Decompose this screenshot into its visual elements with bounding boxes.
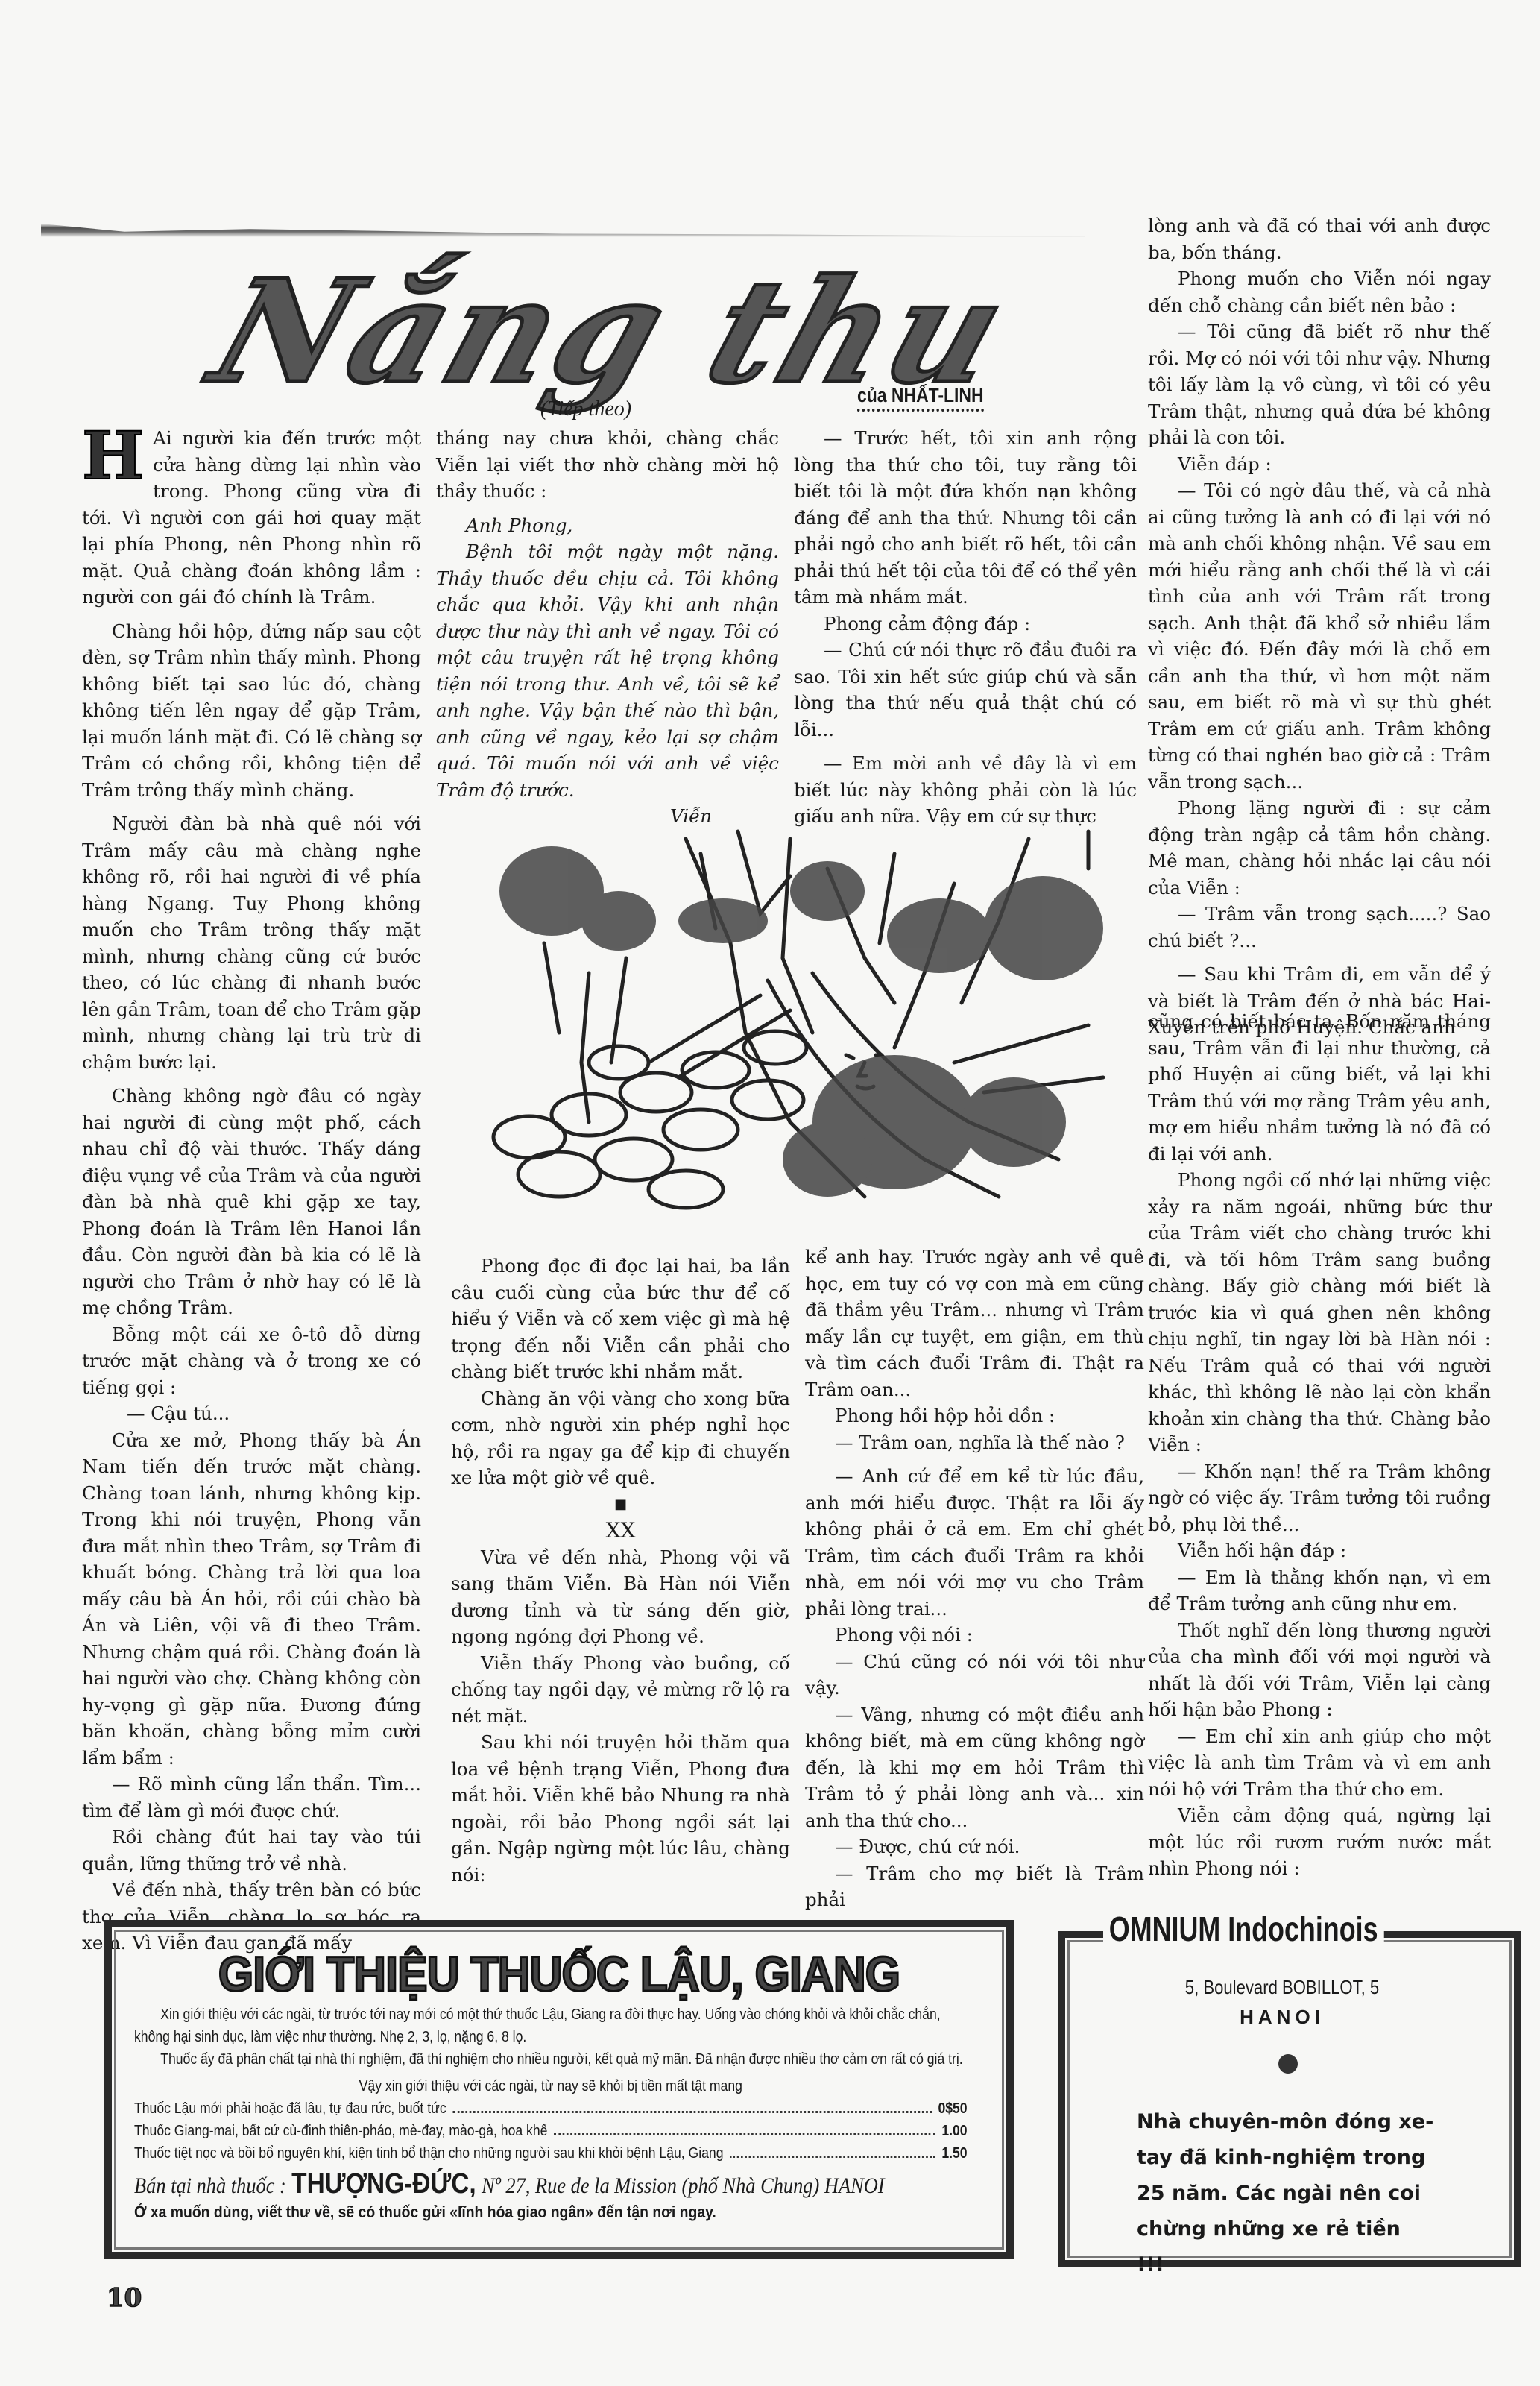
paragraph: Viễn hối hận đáp : (1148, 1537, 1491, 1564)
medicine-advertisement: GIỚI THIỆU THUỐC LẬU, GIANG Xin giới thi… (104, 1920, 1014, 2259)
dialogue-line: — Trước hết, tôi xin anh rộng lòng tha t… (794, 425, 1137, 611)
top-rule-divider (41, 224, 1085, 237)
column-3-top: — Trước hết, tôi xin anh rộng lòng tha t… (794, 425, 1137, 830)
product-name: Thuốc tiệt nọc và bồi bổ nguyên khí, kiệ… (134, 2142, 723, 2165)
rickshaw-advertisement: OMNIUM Indochinois 5, Boulevard BOBILLOT… (1044, 1909, 1521, 2267)
dialogue-line: — Chú cứ nói thực rõ đầu đuôi ra sao. Tô… (794, 637, 1137, 743)
product-name: Thuốc Lậu mới phải hoặc đã lâu, tự đau r… (134, 2097, 446, 2120)
dot-leader (554, 2120, 935, 2135)
dialogue-line: — Trâm vẫn trong sạch.....? Sao chú biết… (1148, 901, 1491, 954)
ad-subhead: Vậy xin giới thiệu với các ngài, từ nay … (134, 2075, 968, 2097)
ad-pitch: Nhà chuyên-môn đóng xe-tay đã kinh-nghiệ… (1137, 2104, 1435, 2283)
dialogue-line: — Tôi cũng đã biết rõ như thế rồi. Mợ có… (1148, 318, 1491, 451)
paragraph: Phong đọc đi đọc lại hai, ba lần câu cuố… (451, 1253, 790, 1385)
paragraph: Chàng không ngờ đâu có ngày hai người đi… (82, 1083, 421, 1321)
product-price: 0$50 (938, 2097, 967, 2120)
ad-body: Xin giới thiệu với các ngài, từ trước tớ… (134, 2003, 968, 2223)
dialogue-line: — Em là thằng khốn nạn, vì em để Trâm tư… (1148, 1564, 1491, 1617)
ad-brand: OMNIUM Indochinois (1103, 1909, 1383, 1949)
paragraph: Phong cảm động đáp : (794, 611, 1137, 638)
seller-name: THƯỢNG-ĐỨC, (291, 2168, 476, 2200)
price-row: Thuốc Lậu mới phải hoặc đã lâu, tự đau r… (134, 2097, 968, 2120)
paragraph: Phong muốn cho Viễn nói ngay đến chỗ chà… (1148, 265, 1491, 318)
paragraph: Chàng ăn vội vàng cho xong bữa cơm, nhờ … (451, 1385, 790, 1491)
paragraph: Vừa về đến nhà, Phong vội vã sang thăm V… (451, 1544, 790, 1650)
paragraph: Phong lặng người đi : sự cảm động tràn n… (1148, 795, 1491, 901)
bullet-dot-icon (1278, 2054, 1298, 2074)
ad-city: HANOI (1044, 2006, 1521, 2029)
section-separator-icon: ■ (451, 1491, 790, 1518)
column-1: H Ai người kia đến trước một cửa hàng dừ… (82, 425, 421, 1957)
ad-paragraph: Xin giới thiệu với các ngài, từ trước tớ… (134, 2003, 968, 2048)
letter-block: Anh Phong, Bệnh tôi một ngày một nặng. T… (436, 512, 779, 830)
paragraph: Thốt nghĩ đến lòng thương người của cha … (1148, 1617, 1491, 1723)
dialogue-line: — Được, chú cứ nói. (805, 1833, 1144, 1860)
column-2-top: tháng nay chưa khỏi, chàng chắc Viễn lại… (436, 425, 779, 830)
dialogue-line: — Rõ mình cũng lẩn thẩn. Tìm... tìm để l… (82, 1771, 421, 1824)
paragraph: Cửa xe mở, Phong thấy bà Án Nam tiến đến… (82, 1427, 421, 1772)
column-4-top: lòng anh và đã có thai với anh được ba, … (1148, 213, 1491, 1041)
dialogue-line: — Trâm cho mợ biết là Trâm phải (805, 1860, 1144, 1913)
paragraph: kể anh hay. Trước ngày anh về quê học, e… (805, 1244, 1144, 1403)
paragraph: Rồi chàng đút hai tay vào túi quần, lững… (82, 1824, 421, 1877)
ad-headline: GIỚI THIỆU THUỐC LẬU, GIANG (168, 1944, 950, 2003)
paragraph: Phong ngồi cố nhớ lại những việc xảy ra … (1148, 1167, 1491, 1458)
ad-address: 5, Boulevard BOBILLOT, 5 (1079, 1976, 1485, 1999)
dialogue-line: — Khốn nạn! thế ra Trâm không ngờ có việ… (1148, 1458, 1491, 1538)
paragraph: Viễn thấy Phong vào buồng, cố chống tay … (451, 1650, 790, 1730)
paragraph: cũng có biết bác ta. Bốn năm tháng sau, … (1148, 1008, 1491, 1167)
dialogue-line: — Cậu tú... (82, 1400, 421, 1427)
paragraph: Bỗng một cái xe ô-tô đỗ dừng trước mặt c… (82, 1321, 421, 1401)
ad-paragraph: Thuốc ấy đã phân chất tại nhà thí nghiệm… (134, 2048, 968, 2071)
paragraph: Người đàn bà nhà quê nói với Trâm mấy câ… (82, 810, 421, 1075)
paragraph: Sau khi nói truyện hỏi thăm qua loa về b… (451, 1729, 790, 1888)
paragraph: tháng nay chưa khỏi, chàng chắc Viễn lại… (436, 425, 779, 505)
price-row: Thuốc Giang-mai, bất cứ cù-đinh thiên-ph… (134, 2120, 968, 2142)
dialogue-line: — Tôi có ngờ đâu thế, và cả nhà ai cũng … (1148, 477, 1491, 795)
letter-salutation: Anh Phong, (436, 512, 779, 539)
dialogue-line: — Vâng, nhưng có một điều anh không biết… (805, 1702, 1144, 1834)
dot-leader (730, 2142, 935, 2158)
dialogue-line: — Em chỉ xin anh giúp cho một việc là an… (1148, 1723, 1491, 1803)
paragraph: lòng anh và đã có thai với anh được ba, … (1148, 213, 1491, 265)
chapter-number: XX (451, 1517, 790, 1544)
dialogue-line: — Anh cứ để em kể từ lúc đầu, anh mới hi… (805, 1463, 1144, 1622)
seller-line: Bán tại nhà thuốc : THƯỢNG-ĐỨC, Nº 27, R… (134, 2169, 968, 2201)
seller-label: Bán tại nhà thuốc : (134, 2173, 286, 2198)
column-3-bottom: kể anh hay. Trước ngày anh về quê học, e… (805, 1244, 1144, 1913)
seller-address: Nº 27, Rue de la Mission (phố Nhà Chung)… (482, 2173, 885, 2198)
product-price: 1.50 (941, 2142, 967, 2165)
mail-order-note: Ở xa muốn dùng, viết thư về, sẽ có thuốc… (134, 2201, 968, 2223)
paragraph: Phong hồi hộp hỏi dồn : (805, 1403, 1144, 1429)
column-4-bottom: cũng có biết bác ta. Bốn năm tháng sau, … (1148, 1008, 1491, 1882)
story-illustration (477, 809, 1133, 1227)
column-2-bottom: Phong đọc đi đọc lại hai, ba lần câu cuố… (451, 1253, 790, 1888)
drop-cap: H (82, 426, 144, 485)
page-number: 10 (107, 2283, 142, 2313)
continued-label: (Tiếp theo) (540, 397, 631, 421)
paragraph: Viễn cảm động quá, ngừng lại một lúc rồi… (1148, 1802, 1491, 1882)
product-name: Thuốc Giang-mai, bất cứ cù-đinh thiên-ph… (134, 2120, 547, 2142)
dialogue-line: — Chú cũng có nói với tôi như vậy. (805, 1649, 1144, 1702)
price-row: Thuốc tiệt nọc và bồi bổ nguyên khí, kiệ… (134, 2142, 968, 2165)
dot-leader (452, 2097, 931, 2113)
paragraph: Viễn đáp : (1148, 451, 1491, 478)
author-byline: của NHẤT-LINH (857, 384, 984, 412)
paragraph: Phong vội nói : (805, 1622, 1144, 1649)
product-price: 1.00 (941, 2120, 967, 2142)
dialogue-line: — Trâm oan, nghĩa là thế nào ? (805, 1429, 1144, 1456)
letter-body: Bệnh tôi một ngày một nặng. Thầy thuốc đ… (436, 538, 779, 803)
tree-path-drawing-icon (477, 809, 1133, 1227)
paragraph: Chàng hồi hộp, đứng nấp sau cột đèn, sợ … (82, 618, 421, 804)
